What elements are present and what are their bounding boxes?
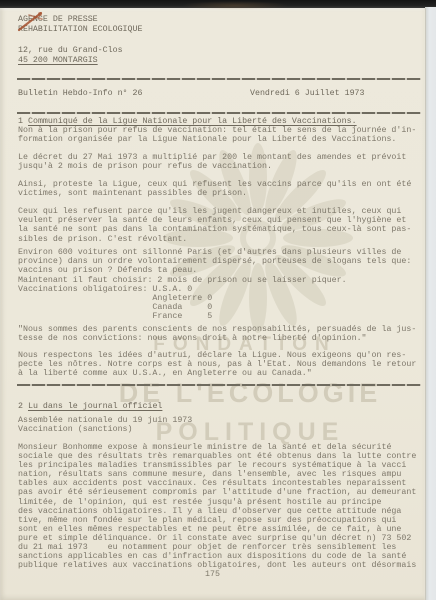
section1-heading: 1Communiqué de la Ligue Nationale pour l…	[18, 117, 357, 126]
section1-paragraph-5-with-table: Environ 600 voitures ont sillonné Paris …	[18, 248, 411, 322]
pen-mark	[15, 9, 53, 33]
bulletin-date: Vendredi 6 Juillet 1973	[250, 89, 365, 98]
section2-subtitle: Assemblée nationale du 19 juin 1973 Vacc…	[18, 416, 192, 434]
section2-heading: 2Lu dans le journal officiel	[18, 402, 162, 411]
address-line1: 12, rue du Grand-Clos	[18, 46, 123, 55]
bulletin-title: Bulletin Hebdo-Info n° 26	[18, 89, 142, 98]
section1-paragraph-2: Le décret du 27 Mai 1973 a multiplié par…	[18, 153, 406, 171]
scan-smudge	[183, 1, 287, 10]
section2-number: 2	[18, 402, 23, 411]
section1-paragraph-1: Non à la prison pour refus de vaccinatio…	[18, 126, 416, 144]
section1-quote-1: "Nous sommes des parents conscients de n…	[18, 325, 416, 343]
section1-paragraph-3: Ainsi, proteste la Ligue, ceux qui refus…	[18, 180, 411, 198]
section1-paragraph-4: Ceux qui les refusent parce qu'ils les j…	[18, 207, 411, 244]
divider-rule-top	[17, 78, 421, 80]
page-number: 175	[0, 570, 425, 579]
scanned-document-page: FONDATION DE L'ECOLOGIE POLITIQUE AGENCE…	[0, 0, 436, 600]
scan-edge-right	[425, 7, 436, 600]
section2-title: Lu dans le journal officiel	[28, 402, 162, 411]
section2-paragraph-1: Monsieur Bonhomme expose à monsieurle mi…	[18, 443, 416, 570]
address-line2: 45 200 MONTARGIS	[18, 56, 98, 65]
section1-title: Communiqué de la Ligue Nationale pour la…	[28, 117, 357, 126]
divider-rule-header	[17, 112, 421, 114]
section1-number: 1	[18, 117, 23, 126]
divider-rule-section	[17, 384, 421, 386]
section1-quote-2: Nous respectons les idées d'autrui, décl…	[18, 351, 416, 379]
